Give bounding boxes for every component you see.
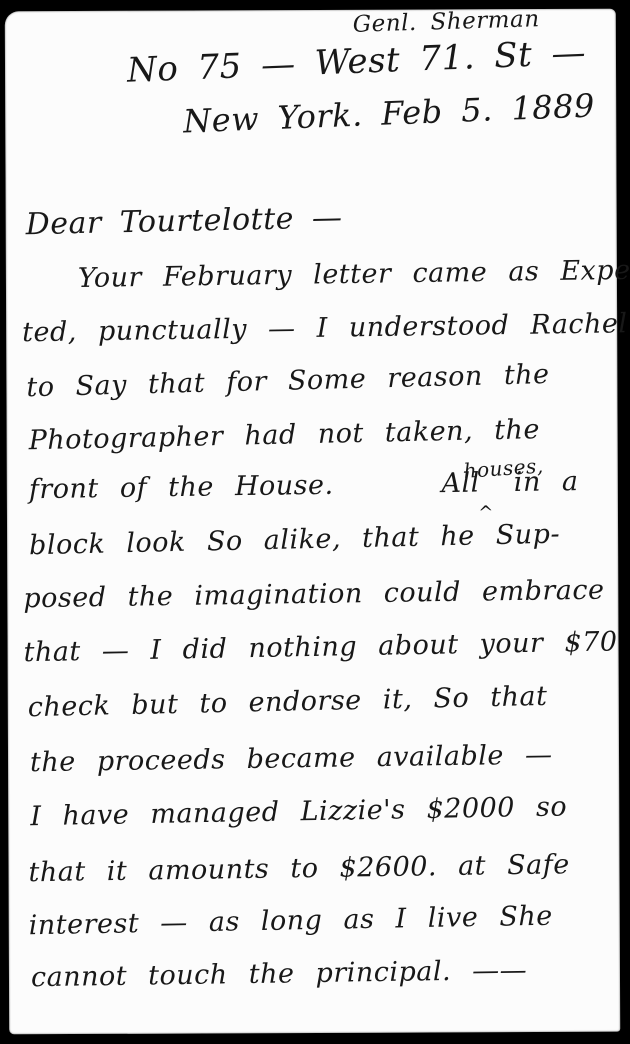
scanned-letter-page: Genl. Sherman No 75 — West 71. St — New …	[0, 0, 630, 1044]
letter-paper: Genl. Sherman No 75 — West 71. St — New …	[5, 9, 620, 1035]
insertion-anchor: houses,^	[480, 490, 514, 492]
body-line: that — I did nothing about your $70	[23, 626, 618, 668]
body-line: the proceeds became available —	[30, 739, 553, 778]
body-line-with-insertion: front of the House.Allhouses,^in a	[29, 466, 579, 505]
body-line: interest — as long as I live She	[28, 901, 553, 942]
body-line: Photographer had not taken, the	[28, 414, 540, 456]
insertion-before-text: front of the House.	[29, 470, 334, 506]
annotation-genl-sherman: Genl. Sherman	[352, 6, 540, 38]
mid-line-gap	[334, 492, 442, 494]
body-line: to Say that for Some reason the	[26, 359, 550, 403]
body-line: block look So alike, that he Sup-	[29, 519, 561, 562]
body-line: cannot touch the principal. ——	[31, 955, 528, 993]
body-line: that it amounts to $2600. at Safe	[28, 849, 570, 888]
body-line: Your February letter came as Expec	[78, 255, 630, 294]
address-line: No 75 — West 71. St —	[126, 33, 586, 91]
body-line: I have managed Lizzie's $2000 so	[30, 791, 567, 832]
salutation-line: Dear Tourtelotte —	[25, 200, 343, 242]
date-line: New York. Feb 5. 1889	[183, 86, 596, 140]
body-line: ted, punctually — I understood Rachel	[22, 308, 628, 348]
body-line: check but to endorse it, So that	[27, 681, 547, 723]
body-line: posed the imagination could embrace	[23, 575, 605, 615]
